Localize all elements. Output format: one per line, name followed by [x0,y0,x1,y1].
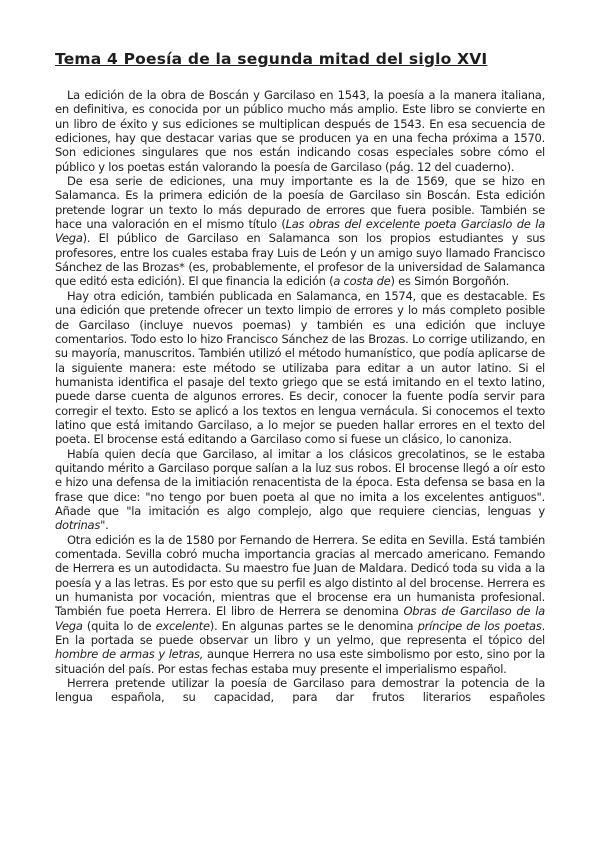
text-run: (quita lo de [83,619,156,633]
paragraph: Otra edición es la de 1580 por Fernando … [55,533,545,676]
document-page: Tema 4 Poesía de la segunda mitad del si… [0,0,599,848]
italic-text-run: excelente [156,619,210,633]
document-body: La edición de la obra de Boscán y Garcil… [55,88,545,705]
text-run: La edición de la obra de Boscán y Garcil… [55,88,545,174]
paragraph: La edición de la obra de Boscán y Garcil… [55,88,545,174]
text-run: ". [100,518,108,532]
italic-text-run: dotrinas [55,518,100,532]
text-run: ) es Simón Borgoñón. [390,274,509,288]
page-title: Tema 4 Poesía de la segunda mitad del si… [55,50,545,68]
text-run: Había quien decía que Garcilaso, al imit… [55,447,545,518]
italic-text-run: príncipe de los poetas [418,619,542,633]
italic-text-run: a costa de [333,274,390,288]
paragraph: Herrera pretende utilizar la poesía de G… [55,676,545,705]
paragraph: Había quien decía que Garcilaso, al imit… [55,447,545,533]
text-run: Herrera pretende utilizar la poesía de G… [55,676,545,704]
text-run: ). En algunas partes se le denomina [210,619,418,633]
paragraph: Hay otra edición, también publicada en S… [55,289,545,447]
italic-text-run: hombre de armas y letras, [55,647,203,661]
text-run: Hay otra edición, también publicada en S… [55,289,545,446]
paragraph: De esa serie de ediciones, una muy impor… [55,174,545,289]
